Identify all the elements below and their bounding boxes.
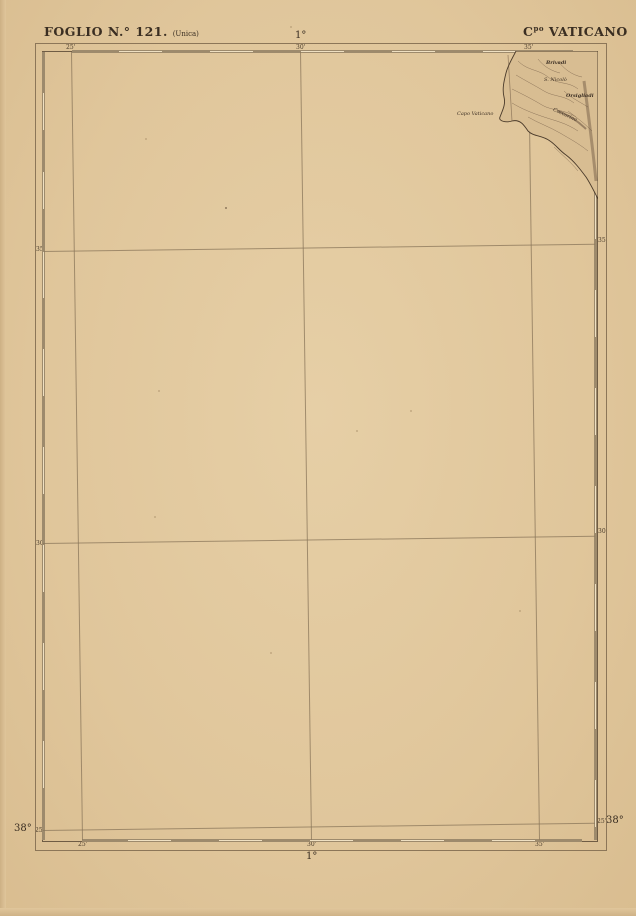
graduation-bar [42,210,45,250]
meridian-label-top: 1° [295,30,306,41]
graduation-bar [42,348,45,397]
sheet-note: (Unica) [173,30,199,38]
graduation-bar [594,779,597,828]
graduation-bar [594,730,597,779]
sheet-name-text: VATICANO [549,24,628,39]
graduation-bar [218,839,263,842]
graduation-bar [118,50,163,53]
graduation-bar [309,839,354,842]
sheet-number-title: FOGLIO N.° 121. (Unica) [44,24,199,39]
sheet-name-title: Cpo VATICANO [523,24,628,39]
graduation-bar [42,593,45,642]
paper-edge-left [0,0,6,916]
graduation-bar [42,92,45,131]
place-label-s-nicolo: S. Nicolò [544,77,567,83]
graduation-bar [436,50,482,53]
meridian-label-bottom: 1° [306,851,317,862]
graduation-bar [42,740,45,789]
foxing-spot [356,430,358,432]
graduation-bar [536,839,582,842]
graduation-bar [42,544,45,593]
graduation-bar [263,839,309,842]
graduation-bar [42,789,45,840]
graduation-bar [42,642,45,691]
foxing-spot [270,652,272,654]
graduation-bar [354,839,400,842]
coastline-relief-map [498,51,598,201]
graduation-bar [72,50,118,53]
graduation-bar [42,250,45,299]
foxing-spot [145,138,147,140]
foxing-spot [158,390,160,392]
foxing-spot [154,516,156,518]
graduation-bar [594,534,597,583]
graduation-bar [209,50,254,53]
graduation-bar [594,240,597,289]
graduation-bar [42,171,45,210]
graduation-bar [594,681,597,730]
graduation-bar [594,632,597,681]
graduation-bar [594,289,597,338]
graduation-bar [594,436,597,485]
graduation-bar [594,387,597,436]
latitude-label-right: 38° [606,815,624,826]
graduation-bar [42,52,45,92]
latitude-label-left: 38° [14,823,32,834]
foxing-spot [519,610,521,612]
graduation-bar [594,828,597,840]
graduation-bar [163,50,209,53]
place-label-capo-vaticano: Capo Vaticano [457,111,493,117]
graduation-bar [127,839,172,842]
graduation-bar [42,495,45,544]
foxing-spot [290,26,292,28]
graduation-bar [42,691,45,740]
graduation-bar [42,446,45,495]
sheet-name-sup: po [533,24,544,33]
foxing-spot [225,207,227,209]
graduation-bar [254,50,300,53]
paper-edge-bottom [0,908,636,916]
graduation-bar [172,839,218,842]
graduation-bar [82,839,127,842]
graduation-bar [391,50,436,53]
place-label-orsigliadi: Orsigliadi [566,93,594,99]
place-label-brivadi: Brivadi [546,60,566,66]
graduation-bar [42,131,45,171]
graduation-bar [42,397,45,446]
graduation-bar [300,50,345,53]
graduation-bar [445,839,491,842]
graduation-bar [400,839,445,842]
foxing-spot [410,410,412,412]
sheet-number-text: FOGLIO N.° 121. [44,24,168,39]
graduation-bar [345,50,391,53]
graduation-bar [491,839,536,842]
graduation-bar [594,583,597,632]
sheet-name-prefix: C [523,24,533,39]
graduation-bar [42,299,45,348]
graduation-bar [594,485,597,534]
graduation-bar [594,338,597,387]
